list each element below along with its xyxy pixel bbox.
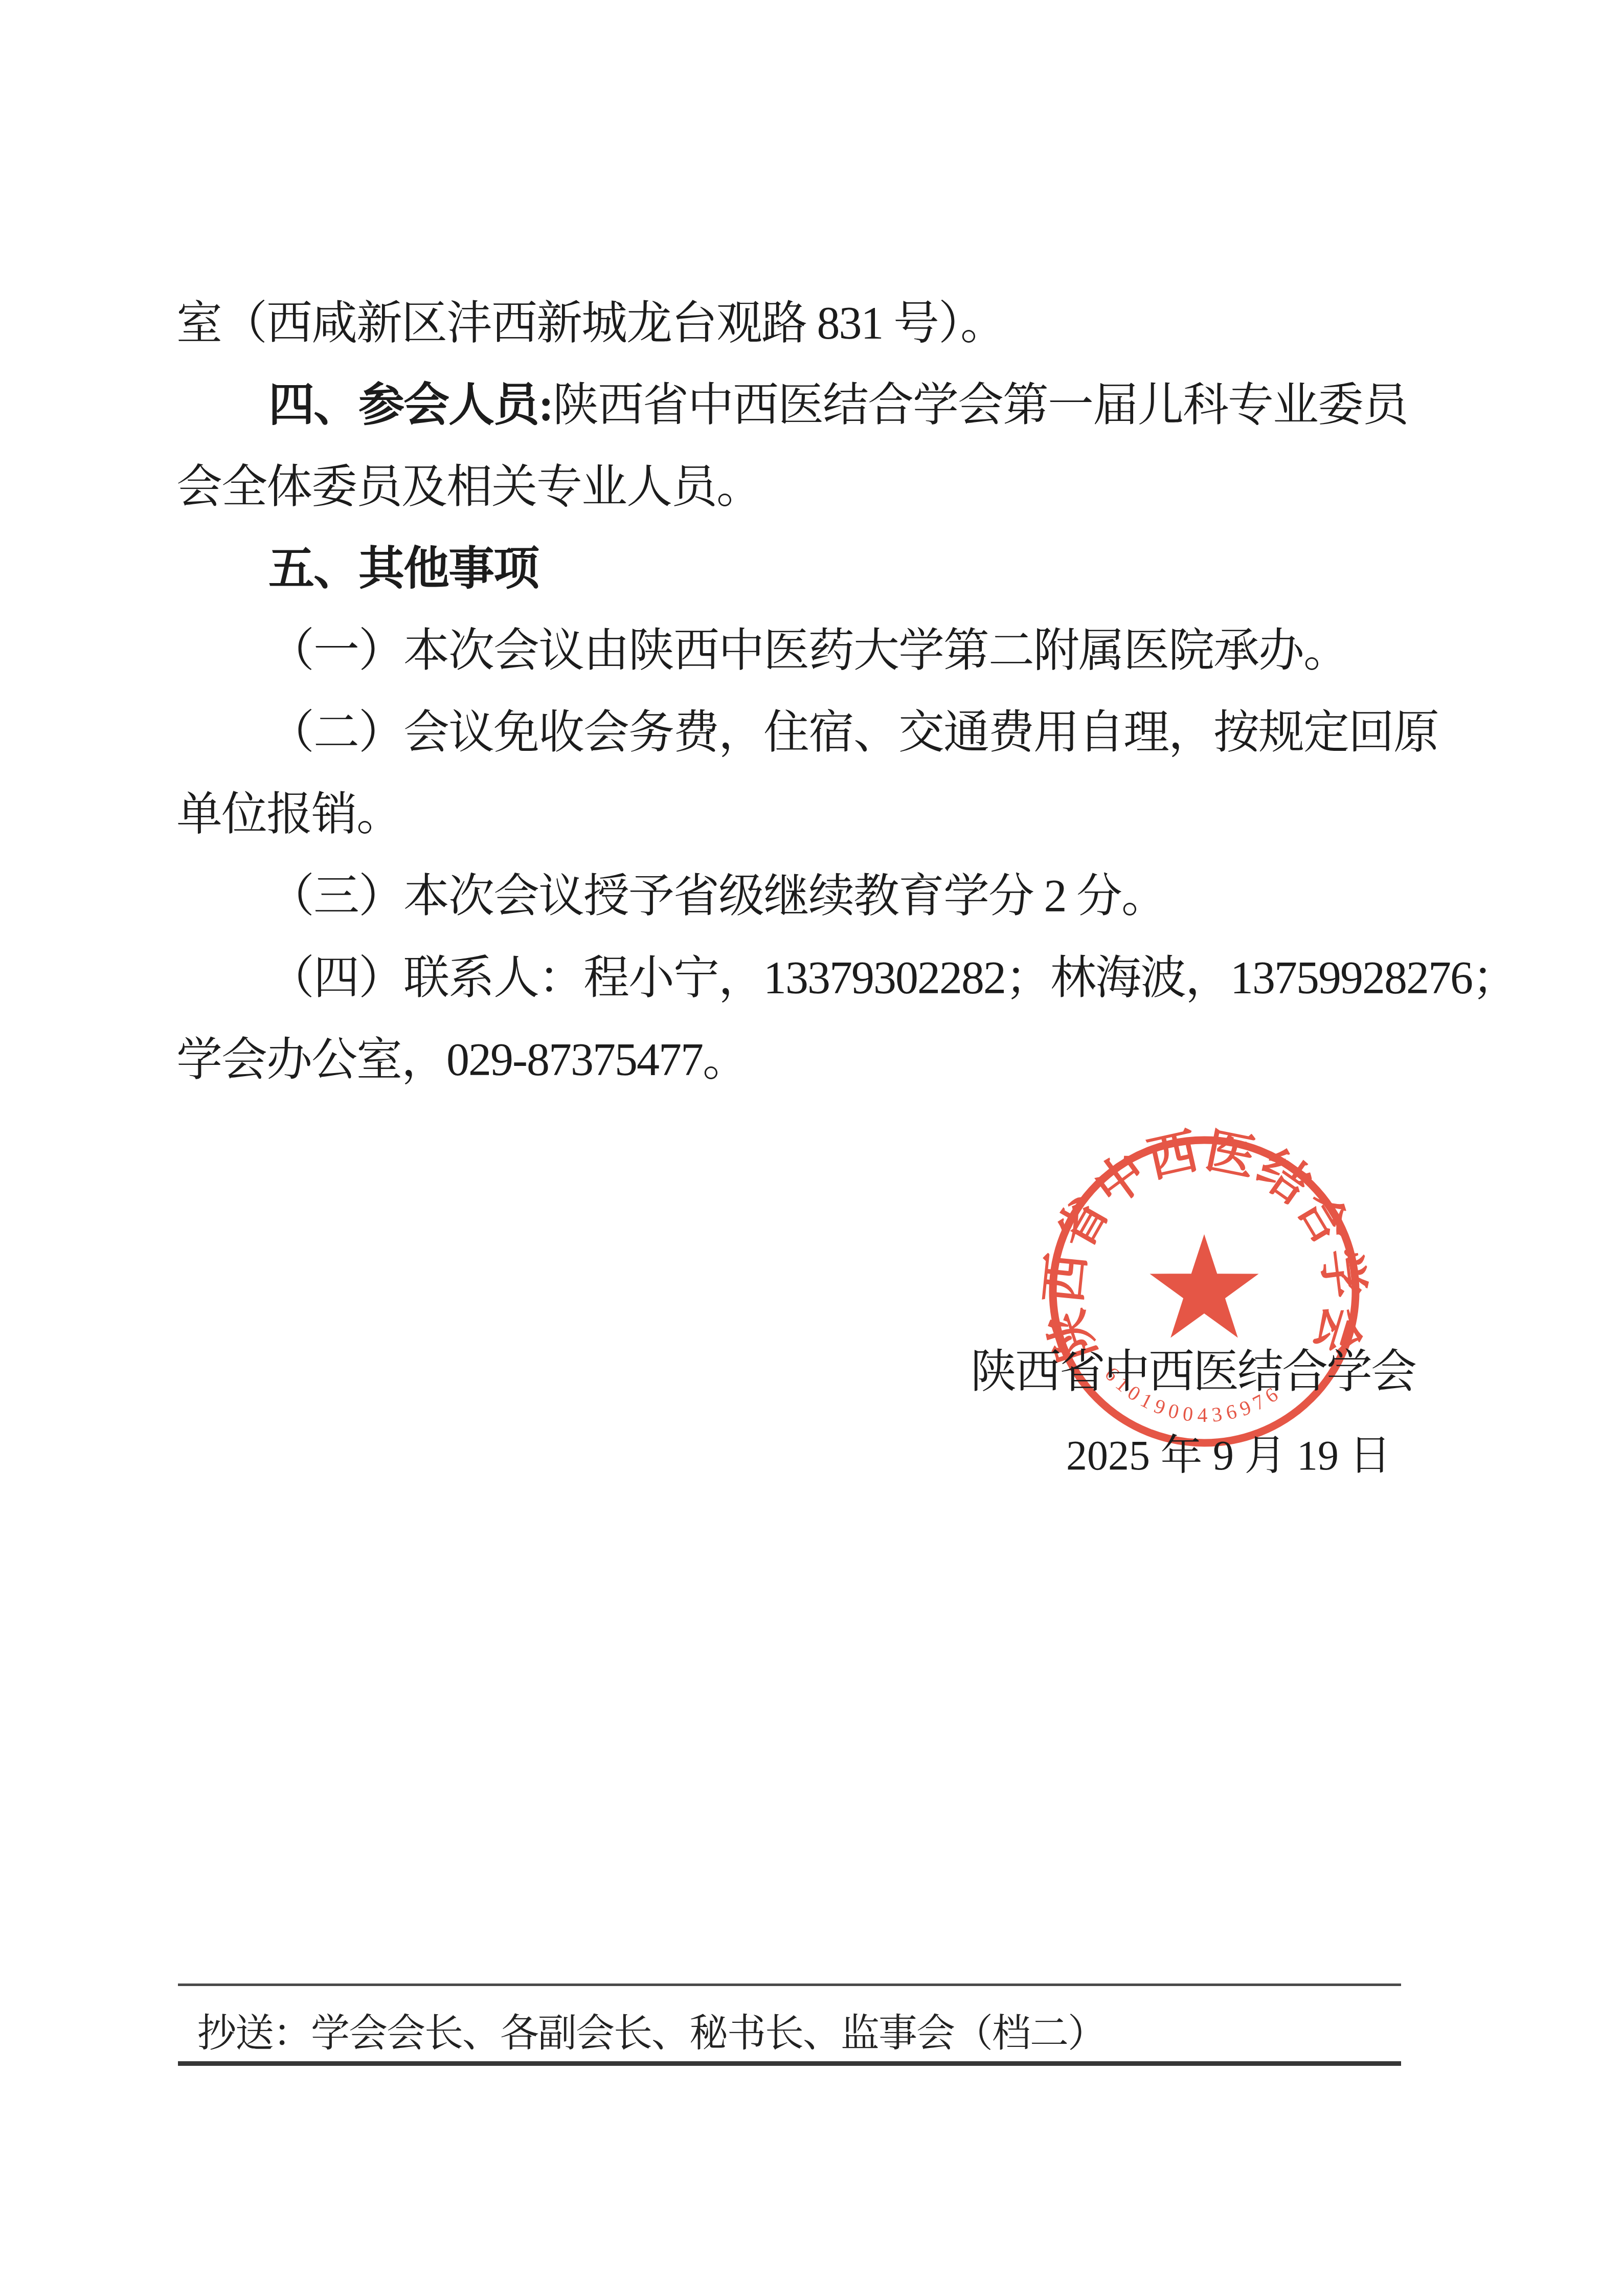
body-line-text: 学会办公室，029-87375477。 — [176, 1035, 748, 1085]
footer-cc-line: 抄送：学会会长、各副会长、秘书长、监事会（档二） — [197, 2002, 1106, 2058]
signature-date: 2025 年 9 月 19 日 — [1066, 1422, 1391, 1482]
body-line-emphasis: 四、参会人员: — [268, 380, 553, 431]
body-line: 室（西咸新区沣西新城龙台观路 831 号）。 — [176, 283, 1485, 365]
body-line: 会全体委员及相关专业人员。 — [176, 447, 1485, 528]
body-text: 室（西咸新区沣西新城龙台观路 831 号）。四、参会人员:陕西省中西医结合学会第… — [176, 283, 1485, 1101]
body-line: 五、其他事项 — [176, 528, 1485, 610]
body-line: 四、参会人员:陕西省中西医结合学会第一届儿科专业委员 — [176, 365, 1485, 447]
body-line-text: 室（西咸新区沣西新城龙台观路 831 号）。 — [176, 298, 1005, 349]
footer-separator-top — [178, 1983, 1401, 1986]
body-line-text: 单位报销。 — [176, 789, 401, 840]
footer-separator-bottom — [178, 2061, 1401, 2066]
body-line: 单位报销。 — [176, 774, 1485, 856]
official-seal-stamp: 陕西省中西医结合学会 6101900436976 — [1035, 1123, 1373, 1460]
body-line: 学会办公室，029-87375477。 — [176, 1019, 1485, 1101]
body-line-text: （四）联系人：程小宁，13379302282；林海波，13759928276； — [268, 953, 1517, 1004]
body-line: （二）会议免收会务费，住宿、交通费用自理，按规定回原 — [176, 692, 1485, 774]
signature-organization: 陕西省中西医结合学会 — [971, 1334, 1415, 1400]
body-line: （一）本次会议由陕西中医药大学第二附属医院承办。 — [176, 610, 1485, 692]
body-line: （三）本次会议授予省级继续教育学分 2 分。 — [176, 856, 1485, 938]
body-line-text: （二）会议免收会务费，住宿、交通费用自理，按规定回原 — [268, 707, 1438, 758]
body-line-text: （一）本次会议由陕西中医药大学第二附属医院承办。 — [268, 626, 1348, 676]
body-line-text: 陕西省中西医结合学会第一届儿科专业委员 — [553, 380, 1408, 431]
body-line-emphasis: 五、其他事项 — [268, 544, 538, 594]
body-line-text: （三）本次会议授予省级继续教育学分 2 分。 — [268, 871, 1166, 922]
body-line-text: 会全体委员及相关专业人员。 — [176, 462, 761, 512]
document-page: { "document": { "body_lines": [ { "inden… — [0, 0, 1623, 2296]
seal-star-icon — [1150, 1234, 1259, 1338]
body-line: （四）联系人：程小宁，13379302282；林海波，13759928276； — [176, 938, 1485, 1019]
